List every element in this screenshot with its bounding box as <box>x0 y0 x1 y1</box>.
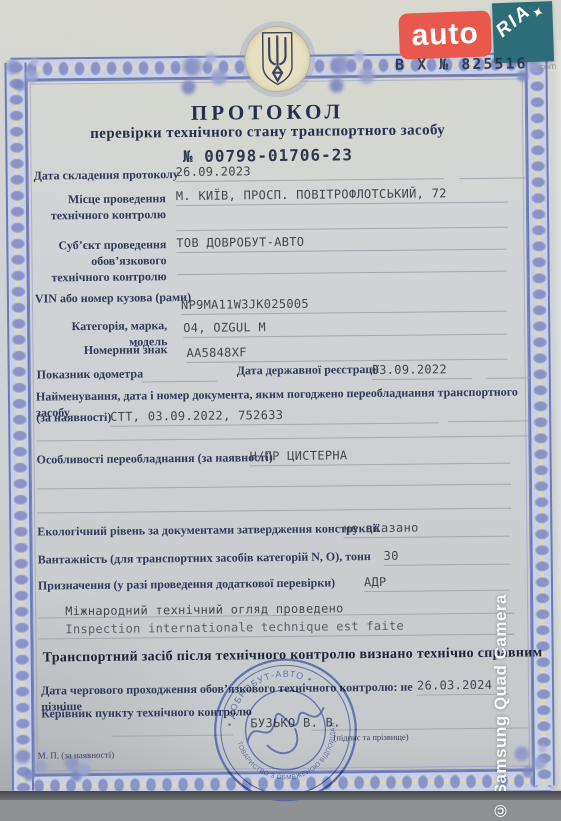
autoria-logo-com: .com <box>537 61 557 72</box>
purpose-value: АДР <box>364 574 510 593</box>
protocol-document: ПРОТОКОЛ перевірки технічного стану тран… <box>0 0 561 800</box>
capacity-value: 30 <box>384 548 510 567</box>
registration-value: 03.09.2022 <box>372 362 472 380</box>
registration-label: Дата державної реєстрації <box>237 362 379 379</box>
subject-value: ТОВ ДОВРОБУТ-АВТО <box>176 233 506 254</box>
date-label: Дата складення протоколу <box>34 167 179 184</box>
ruled-line <box>177 271 507 275</box>
ruled-line <box>486 377 530 378</box>
autoria-logo-auto: auto <box>398 10 492 59</box>
conversion-doc-label2: (за наявності) <box>36 410 111 427</box>
capacity-label: Вантажність (для транспортних засобів ка… <box>38 549 371 568</box>
subject-label: Суб’єкт проведення обов’язкового технічн… <box>34 237 166 286</box>
plate-label: Номерний знак <box>35 342 167 359</box>
document-photo: ПРОТОКОЛ перевірки технічного стану тран… <box>0 0 561 800</box>
ruled-line <box>36 435 528 441</box>
odometer-label: Показник одометра <box>37 366 144 383</box>
place-label: Місце проведення технічного контролю <box>34 191 166 224</box>
purpose-label: Призначення (у разі проведення додатково… <box>38 575 335 594</box>
conversion-features-label: Особливості переобладнання (за наявності… <box>37 450 273 468</box>
category-value: О4, OZGUL M <box>183 318 507 339</box>
intl-inspection-line-ua: Міжнародний технічний огляд проведено <box>65 601 344 620</box>
ruled-line <box>37 508 511 514</box>
inbox-stamp-number: В Х № 825516 <box>395 54 528 73</box>
ruled-line <box>460 177 526 179</box>
seal-note: М. П. (за наявності) <box>38 750 115 761</box>
conversion-doc-value: СТТ, 03.09.2022, 752633 <box>110 406 438 427</box>
vin-value: NP9MA11W3JK025005 <box>181 295 507 316</box>
guilloche-ornament-right <box>313 45 390 102</box>
ruled-line <box>37 484 511 490</box>
ruled-line <box>142 381 218 383</box>
signature-squiggle <box>243 705 331 759</box>
eco-label: Екологічний рівень за документами затвер… <box>37 521 379 540</box>
coat-of-arms-emblem <box>159 19 396 105</box>
emblem-medallion <box>244 26 311 93</box>
vin-label: VIN або номер кузова (рами) <box>35 290 191 307</box>
conversion-features-value: Н/ПР ЦИСТЕРНА <box>250 447 510 467</box>
date-value: 26.09.2023 <box>176 162 444 182</box>
round-seal-stamp: • ДОБРОБУТ-АВТО • ТОВАРИСТВО З ОБМЕЖЕНОЮ… <box>197 641 374 800</box>
plate-value: AA5848XF <box>186 343 507 364</box>
place-value: М. КИЇВ, ПРОСП. ПОВІТРОФЛОТСЬКИЙ, 72 <box>176 186 508 207</box>
camera-watermark: © Samsung Quad Camera <box>491 590 511 800</box>
ruled-line <box>448 420 528 422</box>
trident-icon <box>257 30 298 88</box>
guilloche-ornament-left <box>165 46 242 103</box>
ruled-line <box>176 227 508 231</box>
autoria-logo-ria: RIA <box>492 1 536 43</box>
eco-value: не вказано <box>343 520 509 539</box>
